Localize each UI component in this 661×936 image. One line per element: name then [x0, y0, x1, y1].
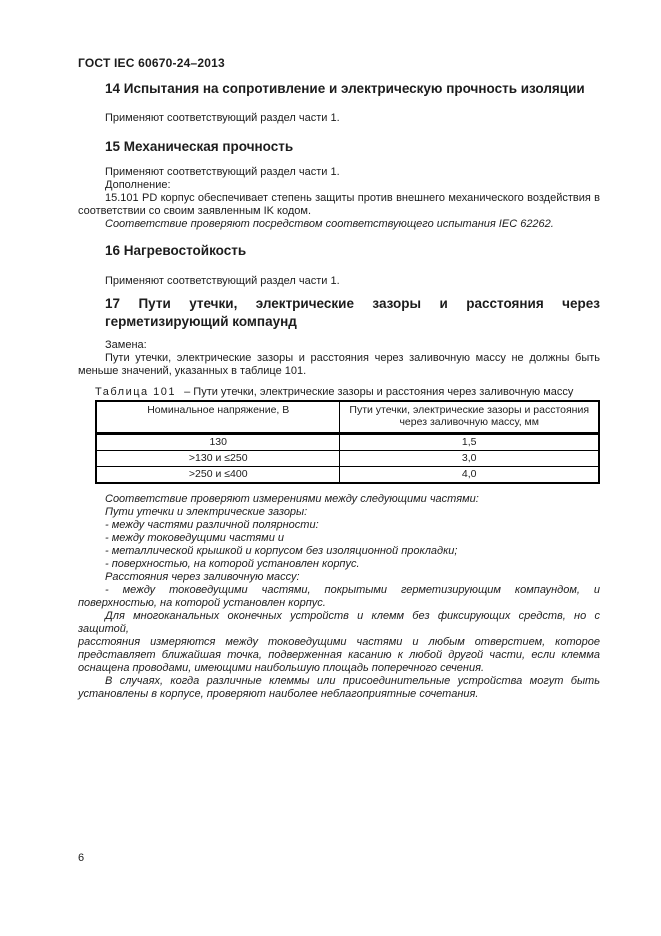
table-row: 130 1,5 [96, 434, 599, 451]
page-number: 6 [78, 852, 84, 865]
distance-cell: 1,5 [340, 434, 599, 451]
paragraph: Замена: [78, 339, 600, 352]
col-header-line: через заливочную массу, мм [344, 416, 594, 428]
section-14-title: 14 Испытания на сопротивление и электрич… [105, 80, 600, 97]
note-line: Для многоканальных оконечных устройств и… [78, 610, 600, 636]
note-line: В случаях, когда различные клеммы или пр… [78, 675, 600, 688]
note-line: установлены в корпусе, проверяют наиболе… [78, 688, 600, 701]
table-header-row: Номинальное напряжение, В Пути утечки, э… [96, 401, 599, 434]
col-header-distance: Пути утечки, электрические зазоры и расс… [340, 401, 599, 434]
voltage-cell: >250 и ≤400 [96, 467, 340, 484]
distance-cell: 3,0 [340, 451, 599, 467]
paragraph: Применяют соответствующий раздел части 1… [78, 166, 600, 179]
paragraph-line: меньше значений, указанных в таблице 101… [78, 365, 600, 378]
document-page: ГОСТ IEC 60670-24–2013 14 Испытания на с… [0, 0, 661, 936]
section-16-body: Применяют соответствующий раздел части 1… [78, 275, 600, 288]
section-17-body: Замена: Пути утечки, электрические зазор… [78, 339, 600, 378]
paragraph: Применяют соответствующий раздел части 1… [78, 275, 600, 288]
voltage-cell: >130 и ≤250 [96, 451, 340, 467]
distance-cell: 4,0 [340, 467, 599, 484]
note-line: Расстояния через заливочную массу: [78, 571, 600, 584]
section-15-body: Применяют соответствующий раздел части 1… [78, 166, 600, 231]
paragraph: Применяют соответствующий раздел части 1… [78, 112, 600, 125]
voltage-cell: 130 [96, 434, 340, 451]
section-17-title-line: 17 Пути утечки, электрические зазоры и р… [105, 295, 600, 313]
section-15-title: 15 Механическая прочность [105, 138, 600, 155]
compliance-note: Соответствие проверяют посредством соотв… [78, 218, 600, 231]
table-row: >130 и ≤250 3,0 [96, 451, 599, 467]
table-row: >250 и ≤400 4,0 [96, 467, 599, 484]
doc-code: ГОСТ IEC 60670-24–2013 [78, 57, 600, 70]
col-header-line: Пути утечки, электрические зазоры и расс… [344, 404, 594, 416]
section-17-title: 17 Пути утечки, электрические зазоры и р… [105, 295, 600, 331]
note-line: - металлической крышкой и корпусом без и… [78, 545, 600, 558]
compliance-notes: Соответствие проверяют измерениями между… [78, 493, 600, 701]
note-line: расстояния измеряются между токоведущими… [78, 636, 600, 649]
paragraph-line: соответствии со своим заявленным IK кодо… [78, 205, 600, 218]
table-caption-text: – Пути утечки, электрические зазоры и ра… [184, 386, 573, 398]
note-line: - между частями различной полярности: [78, 519, 600, 532]
paragraph-line: 15.101 PD корпус обеспечивает степень за… [78, 192, 600, 205]
note-line: - между токоведущими частями и [78, 532, 600, 545]
col-header-voltage: Номинальное напряжение, В [96, 401, 340, 434]
section-16-title: 16 Нагревостойкость [105, 242, 600, 259]
paragraph: Дополнение: [78, 179, 600, 192]
section-17-title-line: герметизирующий компаунд [105, 313, 600, 331]
note-line: - поверхностью, на которой установлен ко… [78, 558, 600, 571]
table-caption: Таблица 101 – Пути утечки, электрические… [95, 386, 600, 399]
note-line: поверхностью, на которой установлен корп… [78, 597, 600, 610]
note-line: оснащена проводами, имеющими наибольшую … [78, 662, 600, 675]
table-caption-label: Таблица 101 [95, 386, 176, 398]
section-14-body: Применяют соответствующий раздел части 1… [78, 112, 600, 125]
note-line: Соответствие проверяют измерениями между… [78, 493, 600, 506]
note-line: представляет ближайшая точка, подверженн… [78, 649, 600, 662]
paragraph-line: Пути утечки, электрические зазоры и расс… [78, 352, 600, 365]
note-line: - между токоведущими частями, покрытыми … [78, 584, 600, 597]
table-101: Номинальное напряжение, В Пути утечки, э… [95, 400, 600, 484]
note-line: Пути утечки и электрические зазоры: [78, 506, 600, 519]
